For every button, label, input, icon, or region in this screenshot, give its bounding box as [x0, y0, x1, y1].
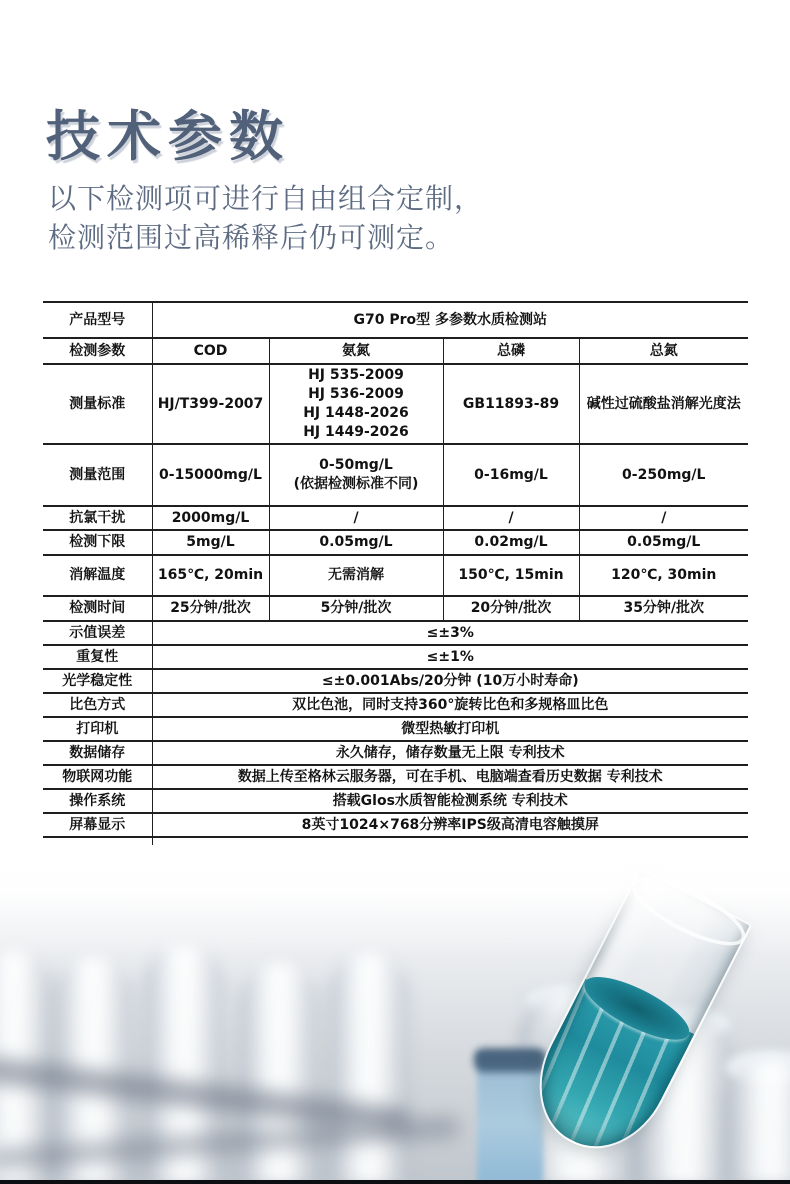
row-label: 打印机 — [43, 717, 152, 741]
range-tp: 0-16mg/L — [443, 444, 579, 506]
row-value: ≤±0.001Abs/20分钟 (10万小时寿命) — [152, 669, 748, 693]
row-screen-display: 屏幕显示 8英寸1024×768分辨率IPS级高清电容触摸屏 — [43, 813, 748, 837]
product-spec-page: 技术参数 以下检测项可进行自由组合定制， 检测范围过高稀释后仍可测定。 产品型号… — [0, 0, 790, 1184]
limit-tp: 0.02mg/L — [443, 530, 579, 555]
blue-test-tube-cap — [474, 1048, 546, 1072]
range-line: 0-50mg/L — [273, 456, 440, 475]
photo-top-fade — [0, 845, 790, 955]
row-indication-error: 示值误差 ≤±3% — [43, 621, 748, 645]
time-nh3n: 5分钟/批次 — [269, 596, 443, 621]
row-chlorine-resistance: 抗氯干扰 2000mg/L / / / — [43, 506, 748, 530]
range-tn: 0-250mg/L — [579, 444, 748, 506]
row-digestion-temperature: 消解温度 165℃, 20min 无需消解 150℃, 15min 120℃, … — [43, 555, 748, 596]
row-label: 操作系统 — [43, 789, 152, 813]
row-parameters-header: 检测参数 COD 氨氮 总磷 总氮 — [43, 338, 748, 364]
chlorine-tn: / — [579, 506, 748, 530]
col-header-nh3n: 氨氮 — [269, 338, 443, 364]
row-label: 测量标准 — [43, 364, 152, 444]
standard-tn: 碱性过硫酸盐消解光度法 — [579, 364, 748, 444]
row-value: 双比色池，同时支持360°旋转比色和多规格皿比色 — [152, 693, 748, 717]
limit-cod: 5mg/L — [152, 530, 269, 555]
row-value: 微型热敏打印机 — [152, 717, 748, 741]
col-header-tn: 总氮 — [579, 338, 748, 364]
standard-line: HJ 1448-2026 — [273, 404, 440, 423]
limit-nh3n: 0.05mg/L — [269, 530, 443, 555]
row-label: 消解温度 — [43, 555, 152, 596]
row-label: 产品型号 — [43, 302, 152, 338]
product-model-value: G70 Pro型 多参数水质检测站 — [152, 302, 748, 338]
row-label: 测量范围 — [43, 444, 152, 506]
row-label: 示值误差 — [43, 621, 152, 645]
row-detection-limit: 检测下限 5mg/L 0.05mg/L 0.02mg/L 0.05mg/L — [43, 530, 748, 555]
time-cod: 25分钟/批次 — [152, 596, 269, 621]
standard-tp: GB11893-89 — [443, 364, 579, 444]
row-iot-function: 物联网功能 数据上传至格林云服务器，可在手机、电脑端查看历史数据 专利技术 — [43, 765, 748, 789]
digestion-cod: 165℃, 20min — [152, 555, 269, 596]
row-label: 重复性 — [43, 645, 152, 669]
bottom-rule — [0, 1180, 790, 1184]
time-tp: 20分钟/批次 — [443, 596, 579, 621]
digestion-tp: 150℃, 15min — [443, 555, 579, 596]
range-nh3n: 0-50mg/L (依据检测标准不同) — [269, 444, 443, 506]
page-title: 技术参数 — [46, 94, 290, 171]
row-value: 搭载Glos水质智能检测系统 专利技术 — [152, 789, 748, 813]
row-label: 比色方式 — [43, 693, 152, 717]
background-test-tube — [723, 1062, 790, 1184]
range-cod: 0-15000mg/L — [152, 444, 269, 506]
range-line: (依据检测标准不同) — [273, 475, 440, 494]
standard-nh3n: HJ 535-2009 HJ 536-2009 HJ 1448-2026 HJ … — [269, 364, 443, 444]
standard-line: HJ 535-2009 — [273, 366, 440, 385]
chlorine-cod: 2000mg/L — [152, 506, 269, 530]
row-data-storage: 数据储存 永久储存，储存数量无上限 专利技术 — [43, 741, 748, 765]
time-tn: 35分钟/批次 — [579, 596, 748, 621]
row-label: 抗氯干扰 — [43, 506, 152, 530]
row-label: 检测时间 — [43, 596, 152, 621]
row-value: ≤±1% — [152, 645, 748, 669]
chlorine-nh3n: / — [269, 506, 443, 530]
row-label: 物联网功能 — [43, 765, 152, 789]
row-value: ≤±3% — [152, 621, 748, 645]
standard-line: HJ 536-2009 — [273, 385, 440, 404]
col-header-cod: COD — [152, 338, 269, 364]
subtitle-line-1: 以下检测项可进行自由组合定制， — [48, 179, 483, 218]
limit-tn: 0.05mg/L — [579, 530, 748, 555]
row-value: 数据上传至格林云服务器，可在手机、电脑端查看历史数据 专利技术 — [152, 765, 748, 789]
digestion-nh3n: 无需消解 — [269, 555, 443, 596]
row-repeatability: 重复性 ≤±1% — [43, 645, 748, 669]
col-header-tp: 总磷 — [443, 338, 579, 364]
background-test-tube — [328, 953, 410, 1184]
row-measurement-range: 测量范围 0-15000mg/L 0-50mg/L (依据检测标准不同) 0-1… — [43, 444, 748, 506]
row-label: 检测下限 — [43, 530, 152, 555]
page-subtitle: 以下检测项可进行自由组合定制， 检测范围过高稀释后仍可测定。 — [48, 179, 483, 257]
row-label: 屏幕显示 — [43, 813, 152, 837]
row-label: 光学稳定性 — [43, 669, 152, 693]
row-operating-system: 操作系统 搭载Glos水质智能检测系统 专利技术 — [43, 789, 748, 813]
subtitle-line-2: 检测范围过高稀释后仍可测定。 — [48, 218, 483, 257]
row-printer: 打印机 微型热敏打印机 — [43, 717, 748, 741]
chlorine-tp: / — [443, 506, 579, 530]
digestion-tn: 120℃, 30min — [579, 555, 748, 596]
row-label: 检测参数 — [43, 338, 152, 364]
row-optical-stability: 光学稳定性 ≤±0.001Abs/20分钟 (10万小时寿命) — [43, 669, 748, 693]
lab-photo — [0, 845, 790, 1184]
row-value: 8英寸1024×768分辨率IPS级高清电容触摸屏 — [152, 813, 748, 837]
liquid-surface — [576, 965, 697, 1052]
standard-line: HJ 1449-2026 — [273, 423, 440, 442]
row-product-model: 产品型号 G70 Pro型 多参数水质检测站 — [43, 302, 748, 338]
row-value: 永久储存，储存数量无上限 专利技术 — [152, 741, 748, 765]
row-measurement-standard: 测量标准 HJ/T399-2007 HJ 535-2009 HJ 536-200… — [43, 364, 748, 444]
row-colorimetric-mode: 比色方式 双比色池，同时支持360°旋转比色和多规格皿比色 — [43, 693, 748, 717]
row-label: 数据储存 — [43, 741, 152, 765]
row-detection-time: 检测时间 25分钟/批次 5分钟/批次 20分钟/批次 35分钟/批次 — [43, 596, 748, 621]
standard-cod: HJ/T399-2007 — [152, 364, 269, 444]
